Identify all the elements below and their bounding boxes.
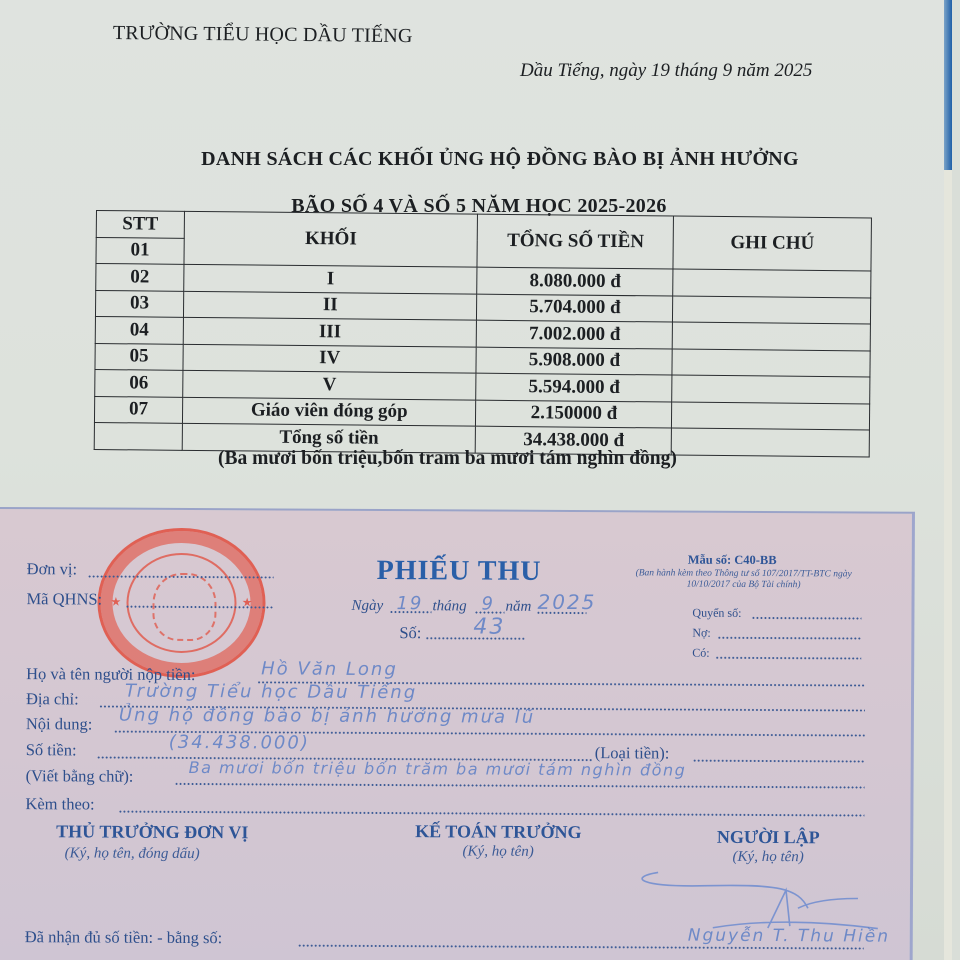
- cell-khoi: I: [184, 264, 478, 293]
- sig-subtitle-head-of-unit: (Ký, họ tên, đóng dấu): [22, 845, 242, 863]
- received-label: Đã nhận đủ số tiền: - bằng số:: [25, 927, 223, 948]
- cell-stt: 04: [95, 316, 183, 343]
- document-title-line1: DANH SÁCH CÁC KHỐI ỦNG HỘ ĐỒNG BÀO BỊ ẢN…: [0, 148, 960, 171]
- donation-table: STT KHỐI TỔNG SỐ TIỀN GHI CHÚ 01 02I8.08…: [94, 210, 872, 457]
- school-name: TRƯỜNG TIỂU HỌC DẦU TIẾNG: [113, 22, 413, 48]
- cell-stt: 02: [96, 264, 184, 291]
- debit-field[interactable]: [717, 637, 861, 640]
- cell-khoi: IV: [183, 344, 477, 373]
- form-issue-note: (Ban hành kèm theo Thông tư số 107/2017/…: [624, 568, 864, 591]
- cell-note: [672, 402, 870, 430]
- cell-note: [672, 375, 870, 403]
- cell-amount: 8.080.000 đ: [477, 267, 673, 295]
- header-stt: STT: [96, 211, 184, 238]
- credit-field[interactable]: [715, 657, 861, 660]
- unit-label: Đơn vị:: [27, 559, 78, 579]
- sig-title-preparer: NGƯỜI LẬP: [678, 827, 858, 849]
- cell-amount: 2.150000 đ: [476, 400, 672, 428]
- stamp-star-icon: ★: [110, 595, 121, 610]
- red-stamp: ★ ★: [97, 528, 266, 679]
- attached-field[interactable]: [118, 811, 864, 817]
- cell-amount: 5.908.000 đ: [476, 347, 672, 375]
- dateline: Dầu Tiếng, ngày 19 tháng 9 năm 2025: [520, 60, 812, 82]
- donation-table-wrapper: STT KHỐI TỔNG SỐ TIỀN GHI CHÚ 01 02I8.08…: [94, 210, 872, 457]
- table-header-row: STT KHỐI TỔNG SỐ TIỀN GHI CHÚ: [96, 211, 871, 245]
- header-khoi: KHỐI: [184, 211, 478, 267]
- form-code: Mẫu số: C40-BB: [688, 553, 777, 568]
- received-signature-name: Nguyễn T. Thu Hiền: [688, 926, 890, 947]
- cell-note: [673, 269, 871, 297]
- cell-stt: [94, 422, 182, 449]
- in-words-value: Ba mươi bốn triệu bốn trăm ba mươi tám n…: [189, 758, 687, 780]
- cell-stt: 06: [95, 369, 183, 396]
- cell-khoi: III: [183, 317, 477, 346]
- cell-note: [671, 428, 869, 456]
- in-words-field[interactable]: [175, 783, 865, 789]
- receipt-title: PHIẾU THU: [377, 555, 542, 588]
- cell-amount: 5.594.000 đ: [476, 373, 672, 401]
- cell-stt: 03: [95, 290, 183, 317]
- cell-stt: 01: [96, 237, 184, 264]
- year-label: năm: [505, 599, 531, 616]
- attached-label: Kèm theo:: [25, 794, 94, 814]
- cell-khoi: II: [183, 291, 477, 320]
- year-value: 2025: [537, 590, 596, 614]
- header-amount: TỔNG SỐ TIỀN: [477, 214, 673, 269]
- amount-value: (34.438.000): [169, 732, 310, 754]
- book-field[interactable]: [751, 617, 861, 620]
- month-value: 9: [481, 594, 495, 615]
- cell-amount: 5.704.000 đ: [477, 294, 673, 322]
- address-label: Địa chỉ:: [26, 689, 79, 709]
- currency-field[interactable]: [693, 760, 865, 763]
- cell-khoi: V: [183, 370, 477, 399]
- cell-stt: 07: [94, 396, 182, 423]
- qhns-label: Mã QHNS:: [26, 589, 102, 609]
- cell-khoi: Giáo viên đóng góp: [182, 397, 476, 426]
- day-value: 19: [396, 593, 423, 614]
- credit-label: Có:: [692, 646, 709, 661]
- cell-note: [672, 322, 870, 350]
- in-words-label: (Viết bằng chữ):: [26, 766, 134, 787]
- header-note: GHI CHÚ: [673, 216, 871, 271]
- payer-value: Hồ Văn Long: [261, 658, 398, 680]
- receipt-form: ★ ★ Đơn vị: Mã QHNS: PHIẾU THU Ngày 19 t…: [0, 507, 915, 960]
- sig-subtitle-chief-accountant: (Ký, họ tên): [388, 843, 608, 861]
- cell-stt: 05: [95, 343, 183, 370]
- sig-subtitle-preparer: (Ký, họ tên): [678, 849, 858, 867]
- content-label: Nội dung:: [26, 714, 93, 734]
- amount-label: Số tiền:: [26, 740, 77, 760]
- day-label: Ngày: [351, 598, 383, 615]
- number-label: Số:: [399, 623, 421, 643]
- content-value: Ủng hộ đồng bào bị ảnh hưởng mưa lũ: [119, 705, 535, 728]
- sig-title-chief-accountant: KẾ TOÁN TRƯỞNG: [388, 821, 608, 843]
- book-label: Quyển số:: [692, 606, 741, 621]
- debit-label: Nợ:: [692, 626, 710, 641]
- cell-note: [673, 296, 871, 324]
- number-value: 43: [473, 614, 505, 639]
- folder-edge: [944, 0, 952, 170]
- background-strip: [944, 170, 952, 960]
- cell-amount: 7.002.000 đ: [477, 320, 673, 348]
- address-value: Trường Tiểu học Dầu Tiếng: [125, 681, 417, 704]
- total-in-words: (Ba mươi bốn triệu,bốn tram ba mươi tám …: [218, 448, 677, 470]
- sig-title-head-of-unit: THỦ TRƯỞNG ĐƠN VỊ: [22, 821, 282, 843]
- month-label: tháng: [432, 598, 466, 615]
- cell-note: [672, 349, 870, 377]
